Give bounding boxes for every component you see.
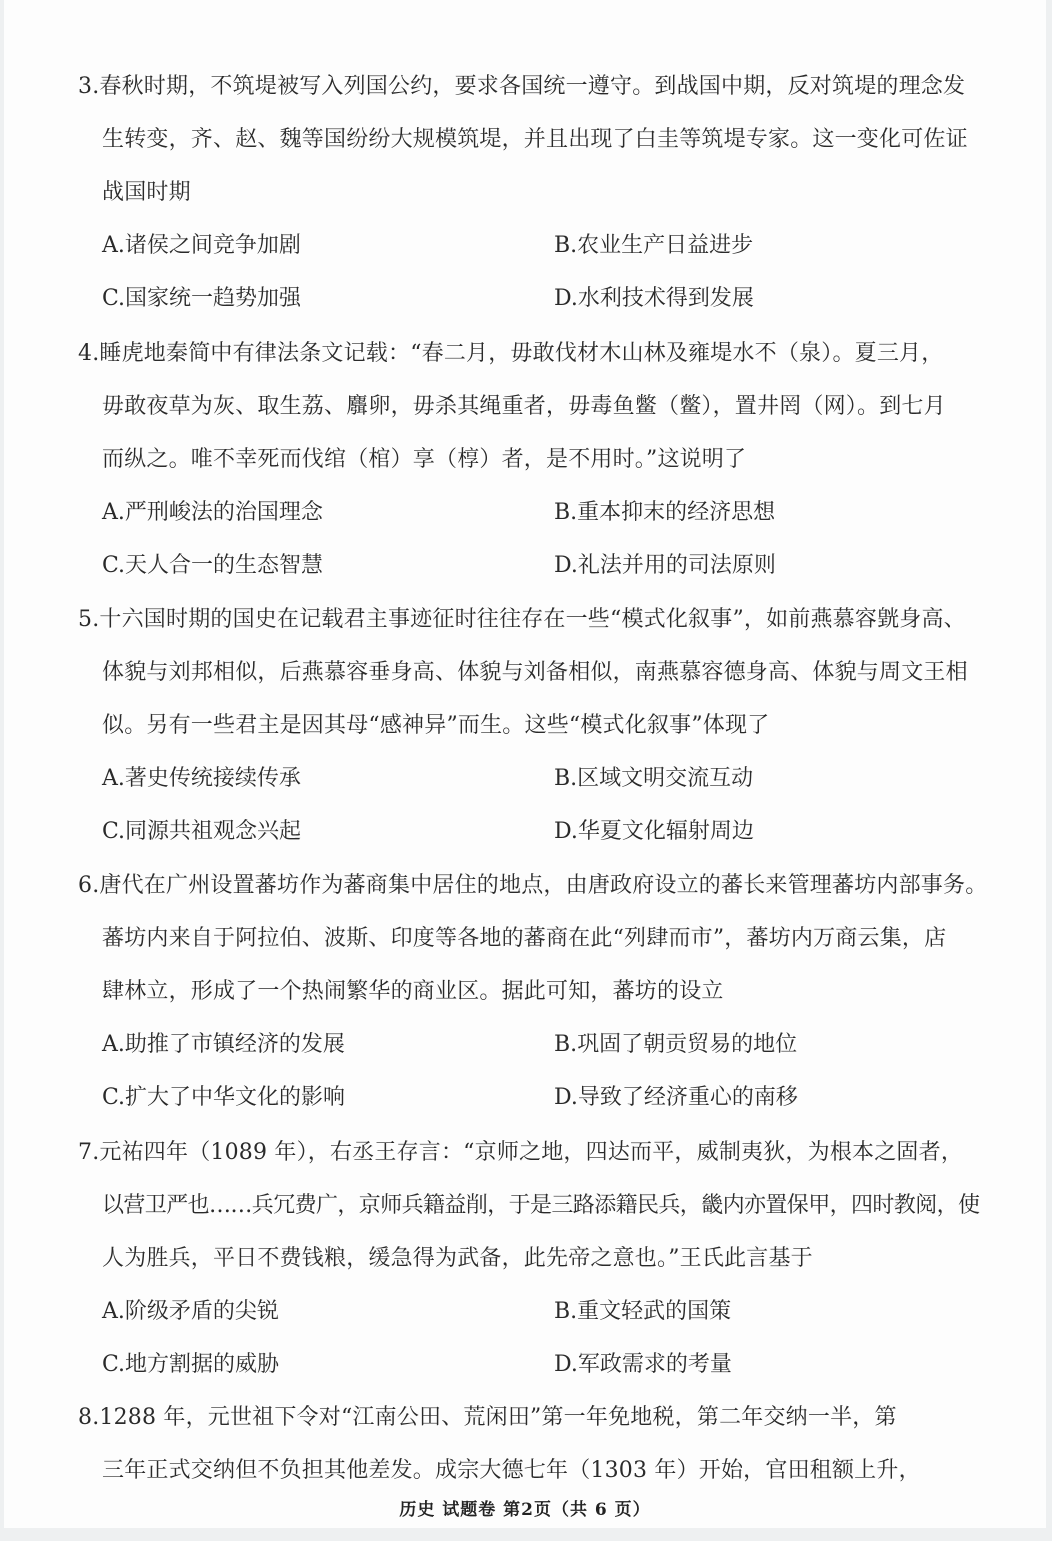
option-d: D.军政需求的考量 bbox=[554, 1350, 732, 1380]
option-b: B.重文轻武的国策 bbox=[554, 1297, 731, 1327]
option-a: A.助推了市镇经济的发展 bbox=[102, 1030, 345, 1060]
page-footer: 历史 试题卷 第2页（共 6 页） bbox=[4, 1495, 1046, 1520]
option-c: C.天人合一的生态智慧 bbox=[102, 551, 323, 581]
option-b: B.农业生产日益进步 bbox=[554, 231, 753, 261]
option-d: D.礼法并用的司法原则 bbox=[554, 551, 776, 581]
question-text-line: 3.春秋时期，不筑堤被写入列国公约，要求各国统一遵守。到战国中期，反对筑堤的理念… bbox=[78, 72, 965, 102]
option-a: A.阶级矛盾的尖锐 bbox=[102, 1297, 279, 1327]
question-text-line: 8.1288 年，元世祖下令对“江南公田、荒闲田”第一年免地税，第二年交纳一半，… bbox=[78, 1403, 897, 1433]
exam-page: 3.春秋时期，不筑堤被写入列国公约，要求各国统一遵守。到战国中期，反对筑堤的理念… bbox=[4, 0, 1046, 1528]
option-b: B.区域文明交流互动 bbox=[554, 764, 753, 794]
option-a: A.著史传统接续传承 bbox=[102, 764, 301, 794]
question-text-line: 以营卫严也……兵冗费广，京师兵籍益削，于是三路添籍民兵，畿内亦置保甲，四时教阅，… bbox=[102, 1191, 979, 1221]
question-text-line: 4.睡虎地秦简中有律法条文记载：“春二月，毋敢伐材木山林及雍堤水不（泉）。夏三月… bbox=[78, 339, 943, 369]
option-c: C.地方割据的威胁 bbox=[102, 1350, 279, 1380]
option-b: B.重本抑末的经济思想 bbox=[554, 498, 775, 528]
question-text-line: 三年正式交纳但不负担其他差发。成宗大德七年（1303 年）开始，官田租额上升， bbox=[102, 1456, 921, 1486]
question-text-line: 似。另有一些君主是因其母“感神异”而生。这些“模式化叙事”体现了 bbox=[102, 711, 769, 741]
option-c: C.同源共祖观念兴起 bbox=[102, 817, 301, 847]
option-b: B.巩固了朝贡贸易的地位 bbox=[554, 1030, 797, 1060]
option-c: C.扩大了中华文化的影响 bbox=[102, 1083, 345, 1113]
option-d: D.导致了经济重心的南移 bbox=[554, 1083, 798, 1113]
question-text-line: 人为胜兵，平日不费钱粮，缓急得为武备，此先帝之意也。”王氏此言基于 bbox=[102, 1244, 813, 1274]
question-text-line: 体貌与刘邦相似，后燕慕容垂身高、体貌与刘备相似，南燕慕容德身高、体貌与周文王相 bbox=[102, 658, 968, 688]
option-a: A.诸侯之间竞争加剧 bbox=[102, 231, 301, 261]
question-text-line: 5.十六国时期的国史在记载君主事迹征时往往存在一些“模式化叙事”，如前燕慕容皝身… bbox=[78, 605, 966, 635]
option-c: C.国家统一趋势加强 bbox=[102, 284, 301, 314]
question-text-line: 蕃坊内来自于阿拉伯、波斯、印度等各地的蕃商在此“列肆而市”，蕃坊内万商云集，店 bbox=[102, 924, 946, 954]
question-text-line: 而纵之。唯不幸死而伐绾（棺）享（椁）者，是不用时。”这说明了 bbox=[102, 445, 746, 475]
question-text-line: 肆林立，形成了一个热闹繁华的商业区。据此可知，蕃坊的设立 bbox=[102, 977, 724, 1007]
question-text-line: 毋敢夜草为灰、取生荔、麛卵，毋杀其绳重者，毋毒鱼鳖（鳖），置井罔（网）。到七月 bbox=[102, 392, 946, 422]
option-d: D.华夏文化辐射周边 bbox=[554, 817, 754, 847]
question-text-line: 生转变，齐、赵、魏等国纷纷大规模筑堤，并且出现了白圭等筑堤专家。这一变化可佐证 bbox=[102, 125, 968, 155]
option-a: A.严刑峻法的治国理念 bbox=[102, 498, 323, 528]
question-text-line: 战国时期 bbox=[102, 178, 191, 208]
question-text-line: 7.元祐四年（1089 年），右丞王存言：“京师之地，四达而平，威制夷狄，为根本… bbox=[78, 1138, 963, 1168]
question-text-line: 6.唐代在广州设置蕃坊作为蕃商集中居住的地点，由唐政府设立的蕃长来管理蕃坊内部事… bbox=[78, 871, 987, 901]
option-d: D.水利技术得到发展 bbox=[554, 284, 754, 314]
